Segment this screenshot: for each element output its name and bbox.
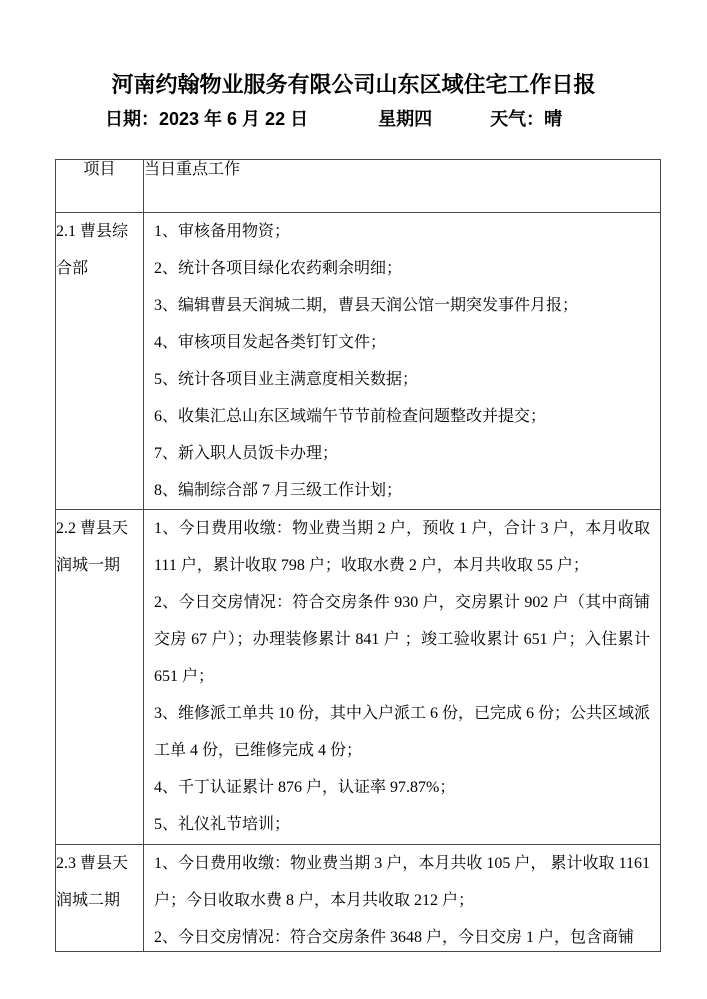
work-item: 5、统计各项目业主满意度相关数据； <box>154 361 650 398</box>
table-row: 2.2 曹县天润城一期 1、今日费用收缴：物业费当期 2 户，预收 1 户，合计… <box>56 510 661 845</box>
page-title: 河南约翰物业服务有限公司山东区域住宅工作日报 <box>0 0 707 98</box>
work-item: 6、收集汇总山东区域端午节节前检查问题整改并提交； <box>154 398 650 435</box>
document-page: 河南约翰物业服务有限公司山东区域住宅工作日报 日期：2023 年 6 月 22 … <box>0 0 707 999</box>
work-item: 4、千丁认证累计 876 户，认证率 97.87%； <box>154 769 650 806</box>
weekday-value: 星期四 <box>378 109 432 129</box>
work-items-cell: 1、审核备用物资； 2、统计各项目绿化农药剩余明细； 3、编辑曹县天润城二期，曹… <box>144 213 661 510</box>
date-line: 日期：2023 年 6 月 22 日星期四天气：晴 <box>0 108 707 130</box>
work-item: 1、今日费用收缴：物业费当期 2 户，预收 1 户，合计 3 户，本月收取 11… <box>154 510 650 584</box>
work-item: 2、今日交房情况：符合交房条件 3648 户，今日交房 1 户，包含商铺 <box>154 919 650 951</box>
project-label: 2.1 曹县综合部 <box>56 213 144 510</box>
work-item: 2、统计各项目绿化农药剩余明细； <box>154 250 650 287</box>
table-row: 2.3 曹县天润城二期 1、今日费用收缴：物业费当期 3 户，本月共收 105 … <box>56 845 661 952</box>
work-item: 1、审核备用物资； <box>154 213 650 250</box>
daily-report-table: 项目 当日重点工作 2.1 曹县综合部 1、审核备用物资； 2、统计各项目绿化农… <box>55 159 661 952</box>
header-key-work: 当日重点工作 <box>144 160 661 213</box>
work-items-cell: 1、今日费用收缴：物业费当期 3 户，本月共收 105 户， 累计收取 1161… <box>144 845 661 952</box>
header-project: 项目 <box>56 160 144 213</box>
table-header-row: 项目 当日重点工作 <box>56 160 661 213</box>
work-items-cell: 1、今日费用收缴：物业费当期 2 户，预收 1 户，合计 3 户，本月收取 11… <box>144 510 661 845</box>
work-item: 7、新入职人员饭卡办理； <box>154 435 650 472</box>
work-item: 1、今日费用收缴：物业费当期 3 户，本月共收 105 户， 累计收取 1161… <box>154 845 650 919</box>
work-item: 5、礼仪礼节培训； <box>154 806 650 843</box>
work-item: 3、维修派工单共 10 份，其中入户派工 6 份，已完成 6 份；公共区域派工单… <box>154 695 650 769</box>
work-item: 2、今日交房情况：符合交房条件 930 户，交房累计 902 户（其中商铺交房 … <box>154 584 650 695</box>
work-item: 3、编辑曹县天润城二期，曹县天润公馆一期突发事件月报； <box>154 287 650 324</box>
work-item: 4、审核项目发起各类钉钉文件； <box>154 324 650 361</box>
project-label: 2.3 曹县天润城二期 <box>56 845 144 952</box>
weather-value: 天气：晴 <box>490 109 562 129</box>
date-value: 日期：2023 年 6 月 22 日 <box>105 109 308 129</box>
table-row: 2.1 曹县综合部 1、审核备用物资； 2、统计各项目绿化农药剩余明细； 3、编… <box>56 213 661 510</box>
work-item: 8、编制综合部 7 月三级工作计划； <box>154 472 650 509</box>
project-label: 2.2 曹县天润城一期 <box>56 510 144 845</box>
